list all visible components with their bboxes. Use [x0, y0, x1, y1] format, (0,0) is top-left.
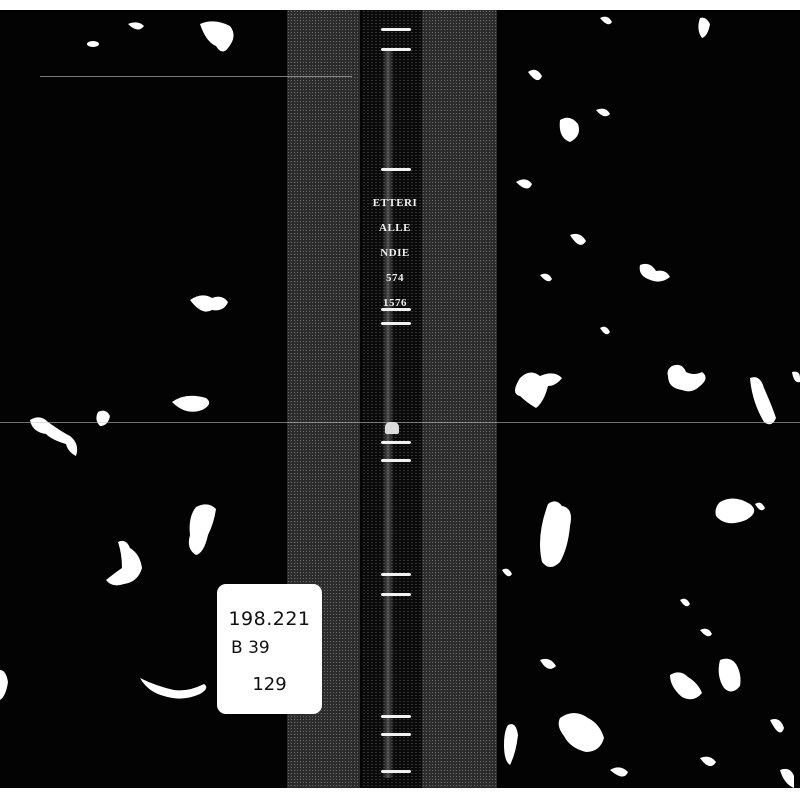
- scanned-page: ETTERI ALLE NDIE 574 1576 198.221 B 39 1…: [0, 0, 800, 800]
- spine-gilt-band: [381, 770, 411, 773]
- spine-gilt-band: [381, 322, 411, 325]
- book-binding: ETTERI ALLE NDIE 574 1576 198.221 B 39 1…: [0, 10, 800, 788]
- spine-gilt-band: [381, 441, 411, 444]
- spine-gilt-band: [381, 28, 411, 31]
- call-number-class: 198.221: [217, 608, 322, 630]
- call-number-volume: 129: [217, 674, 322, 695]
- spine-highlight: [382, 50, 394, 778]
- spine-volume-ornament: [385, 422, 399, 434]
- spine-gilt-band: [381, 573, 411, 576]
- library-call-number-label: 198.221 B 39 129: [217, 584, 322, 714]
- spine-title-line-2: ALLE: [368, 223, 422, 234]
- spine-title-line-5: 1576: [368, 298, 422, 309]
- spine-gilt-band: [381, 459, 411, 462]
- book-spine: [362, 10, 422, 788]
- spine-gilt-band: [381, 593, 411, 596]
- spine-gilt-band: [381, 48, 411, 51]
- front-board-leather-strip: [422, 10, 497, 788]
- spine-gilt-band: [381, 168, 411, 171]
- scan-fold-line: [0, 422, 800, 423]
- spine-title-line-3: NDIE: [368, 248, 422, 259]
- spine-gilt-band: [381, 715, 411, 718]
- board-rule-line: [40, 76, 352, 77]
- spine-gilt-band: [381, 733, 411, 736]
- spine-title-line-4: 574: [368, 273, 422, 284]
- spine-title-line-1: ETTERI: [368, 198, 422, 209]
- call-number-cutter: B 39: [231, 638, 270, 658]
